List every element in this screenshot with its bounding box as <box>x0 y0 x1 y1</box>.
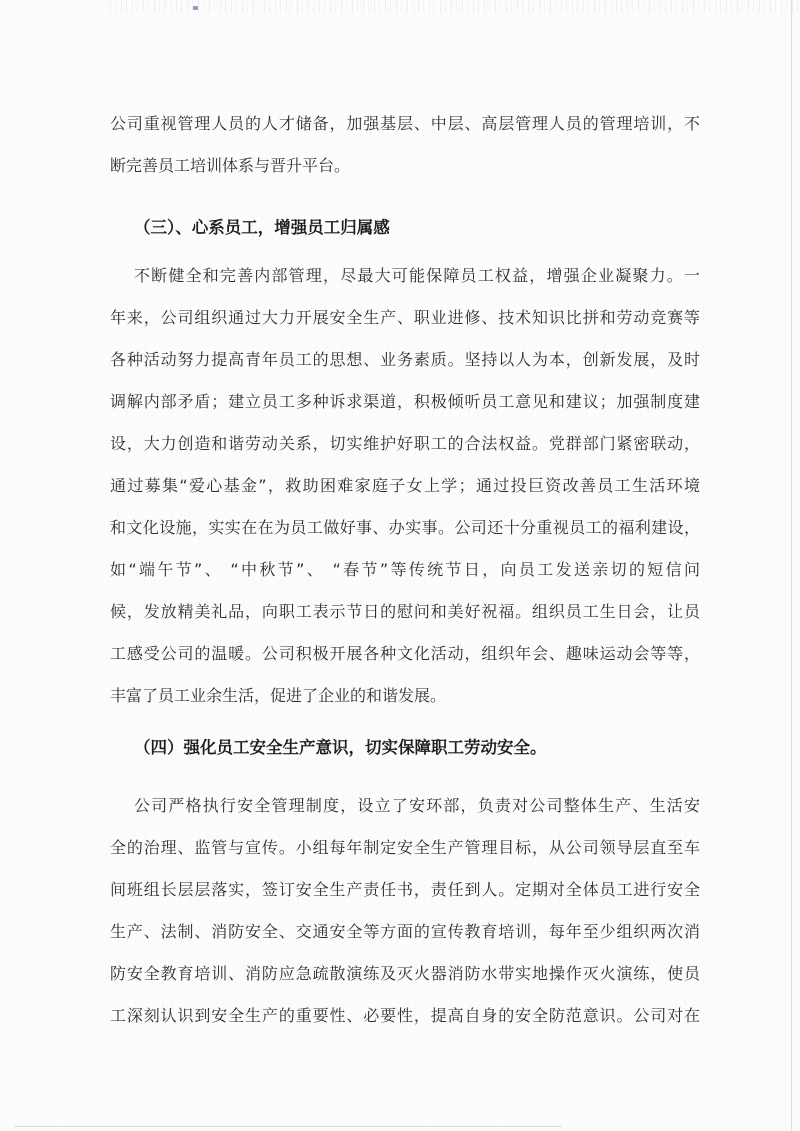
text-line: 候，发放精美礼品，向职工表示节日的慰问和美好祝福。组织员工生日会，让员 <box>110 591 700 633</box>
text-line: 间班组长层层落实，签订安全生产责任书，责任到人。定期对全体员工进行安全 <box>110 869 700 911</box>
text-line: 工感受公司的温暖。公司积极开展各种文化活动，组织年会、趣味运动会等等， <box>110 633 700 675</box>
text-line: 公司严格执行安全管理制度，设立了安环部，负责对公司整体生产、生活安 <box>110 785 700 827</box>
text-line: 各种活动努力提高青年员工的思想、业务素质。坚持以人为本，创新发展，及时 <box>110 339 700 381</box>
text-line: 和文化设施，实实在在为员工做好事、办实事。公司还十分重视员工的福利建设， <box>110 507 700 549</box>
scan-edge-line-right <box>791 0 792 1131</box>
text-line: 通过募集“爱心基金”，救助困难家庭子女上学；通过投巨资改善员工生活环境 <box>110 465 700 507</box>
scan-noise-band <box>110 0 800 13</box>
text-line: 全的治理、监管与宣传。小组每年制定安全生产管理目标，从公司领导层直至车 <box>110 827 700 869</box>
scanned-document-page: 公司重视管理人员的人才储备，加强基层、中层、高层管理人员的管理培训，不 断完善员… <box>0 0 800 1131</box>
text-line: 工深刻认识到安全生产的重要性、必要性，提高自身的安全防范意识。公司对在 <box>110 995 700 1037</box>
text-line: 不断健全和完善内部管理，尽最大可能保障员工权益，增强企业凝聚力。一 <box>110 255 700 297</box>
section-3-heading: （三）、心系员工，增强员工归属感 <box>110 207 700 249</box>
text-line: 断完善员工培训体系与晋升平台。 <box>110 145 700 187</box>
section-3-paragraph: 不断健全和完善内部管理，尽最大可能保障员工权益，增强企业凝聚力。一 年来，公司组… <box>110 255 700 717</box>
text-line: 设，大力创造和谐劳动关系，切实维护好职工的合法权益。党群部门紧密联动， <box>110 423 700 465</box>
scan-edge-line-bottom <box>14 1126 562 1127</box>
text-line: 丰富了员工业余生活，促进了企业的和谐发展。 <box>110 675 700 717</box>
text-line: 防安全教育培训、消防应急疏散演练及灭火器消防水带实地操作灭火演练，使员 <box>110 953 700 995</box>
intro-paragraph: 公司重视管理人员的人才储备，加强基层、中层、高层管理人员的管理培训，不 断完善员… <box>110 103 700 187</box>
text-line: 公司重视管理人员的人才储备，加强基层、中层、高层管理人员的管理培训，不 <box>110 103 700 145</box>
scan-speck <box>193 6 198 10</box>
text-line: 调解内部矛盾；建立员工多种诉求渠道，积极倾听员工意见和建议；加强制度建 <box>110 381 700 423</box>
text-line: 如“端午节”、 “中秋节”、 “春节”等传统节日，向员工发送亲切的短信问 <box>110 549 700 591</box>
section-4-heading: （四）强化员工安全生产意识，切实保障职工劳动安全。 <box>110 727 700 769</box>
text-line: 年来，公司组织通过大力开展安全生产、职业进修、技术知识比拼和劳动竞赛等 <box>110 297 700 339</box>
document-body: 公司重视管理人员的人才储备，加强基层、中层、高层管理人员的管理培训，不 断完善员… <box>110 103 700 1037</box>
section-4-paragraph: 公司严格执行安全管理制度，设立了安环部，负责对公司整体生产、生活安 全的治理、监… <box>110 785 700 1037</box>
text-line: 生产、法制、消防安全、交通安全等方面的宣传教育培训，每年至少组织两次消 <box>110 911 700 953</box>
